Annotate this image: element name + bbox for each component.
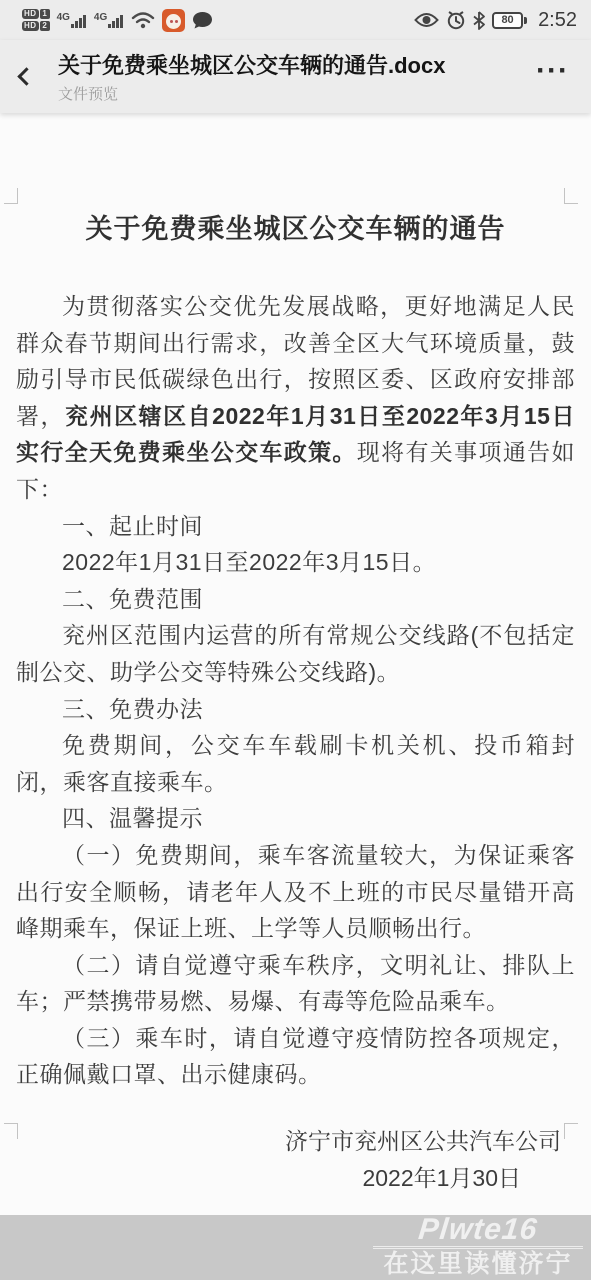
document-body: 为贯彻落实公交优先发展战略，更好地满足人民群众春节期间出行需求，改善全区大气环境… xyxy=(16,288,575,1093)
document-page[interactable]: 关于免费乘坐城区公交车辆的通告 为贯彻落实公交优先发展战略，更好地满足人民群众春… xyxy=(0,113,591,1215)
preview-mode-label: 文件预览 xyxy=(58,83,445,104)
hd-volte-icons: HD 1 HD 2 xyxy=(22,9,50,31)
watermark-logo: Plwte16 xyxy=(371,1215,584,1245)
document-title: 关于免费乘坐城区公交车辆的通告.docx xyxy=(58,49,445,80)
notice-title: 关于免费乘坐城区公交车辆的通告 xyxy=(16,210,575,248)
alarm-icon xyxy=(446,10,466,30)
paragraph: 兖州区范围内运营的所有常规公交线路(不包括定制公交、助学公交等特殊公交线路)。 xyxy=(16,617,575,690)
paragraph: （一）免费期间，乘车客流量较大，为保证乘客出行安全顺畅，请老年人及不上班的市民尽… xyxy=(16,837,575,947)
signature-block: 济宁市兖州区公共汽车公司 2022年1月30日 xyxy=(16,1123,575,1196)
wifi-icon xyxy=(131,11,155,29)
paragraph: 三、免费办法 xyxy=(16,691,575,728)
hd2-label: HD xyxy=(22,21,39,31)
status-left-group: HD 1 HD 2 4G 4G xyxy=(22,9,213,32)
footer-band: Plwte16 在这里读懂济宁 xyxy=(0,1215,591,1280)
back-chevron-icon xyxy=(17,67,35,85)
phone-screen: HD 1 HD 2 4G 4G xyxy=(0,0,591,1280)
status-bar: HD 1 HD 2 4G 4G xyxy=(0,0,591,40)
page-corner-mark xyxy=(4,188,18,204)
hd2-num: 2 xyxy=(40,21,50,31)
paragraph: 2022年1月31日至2022年3月15日。 xyxy=(16,544,575,581)
network-type-label: 4G xyxy=(57,13,70,23)
clock-label: 2:52 xyxy=(538,9,577,32)
chat-bubble-icon xyxy=(192,11,213,30)
back-button[interactable] xyxy=(18,57,48,97)
page-corner-mark xyxy=(564,1123,578,1139)
paragraph: 四、温馨提示 xyxy=(16,800,575,837)
battery-percent-label: 80 xyxy=(501,14,513,26)
page-corner-mark xyxy=(564,188,578,204)
paragraph: （二）请自觉遵守乘车秩序，文明礼让、排队上车；严禁携带易燃、易爆、有毒等危险品乘… xyxy=(16,947,575,1020)
paragraph: 为贯彻落实公交优先发展战略，更好地满足人民群众春节期间出行需求，改善全区大气环境… xyxy=(16,288,575,508)
battery-icon: 80 xyxy=(492,12,527,29)
signal-bars-icon: 4G xyxy=(57,13,87,28)
paragraph: 二、免费范围 xyxy=(16,581,575,618)
eye-comfort-icon xyxy=(414,12,439,28)
hd-sim2-icon: HD 2 xyxy=(22,21,50,31)
watermark-slogan: 在这里读懂济宁 xyxy=(373,1251,583,1278)
hd1-label: HD xyxy=(22,9,39,19)
watermark-divider xyxy=(373,1246,583,1249)
bluetooth-icon xyxy=(473,11,485,30)
watermark: Plwte16 在这里读懂济宁 xyxy=(373,1215,583,1278)
hd-sim1-icon: HD 1 xyxy=(22,9,50,19)
network-type-label: 4G xyxy=(94,13,107,23)
signature-date: 2022年1月30日 xyxy=(16,1160,575,1197)
paragraph: 一、起止时间 xyxy=(16,508,575,545)
status-right-group: 80 2:52 xyxy=(414,9,577,32)
signal-bars-icon xyxy=(108,13,124,28)
header-titles: 关于免费乘坐城区公交车辆的通告.docx 文件预览 xyxy=(58,49,445,104)
signature-company: 济宁市兖州区公共汽车公司 xyxy=(16,1123,575,1160)
paragraph: 免费期间，公交车车载刷卡机关机、投币箱封闭，乘客直接乘车。 xyxy=(16,727,575,800)
more-menu-button[interactable]: ··· xyxy=(532,61,573,93)
app-header: 关于免费乘坐城区公交车辆的通告.docx 文件预览 ··· xyxy=(0,40,591,113)
signal-bars-icon: 4G xyxy=(94,13,124,28)
paragraph: （三）乘车时，请自觉遵守疫情防控各项规定，正确佩戴口罩、出示健康码。 xyxy=(16,1020,575,1093)
hd1-num: 1 xyxy=(40,9,50,19)
app-notification-icon xyxy=(162,9,185,32)
signal-bars-icon xyxy=(71,13,87,28)
page-corner-mark xyxy=(4,1123,18,1139)
